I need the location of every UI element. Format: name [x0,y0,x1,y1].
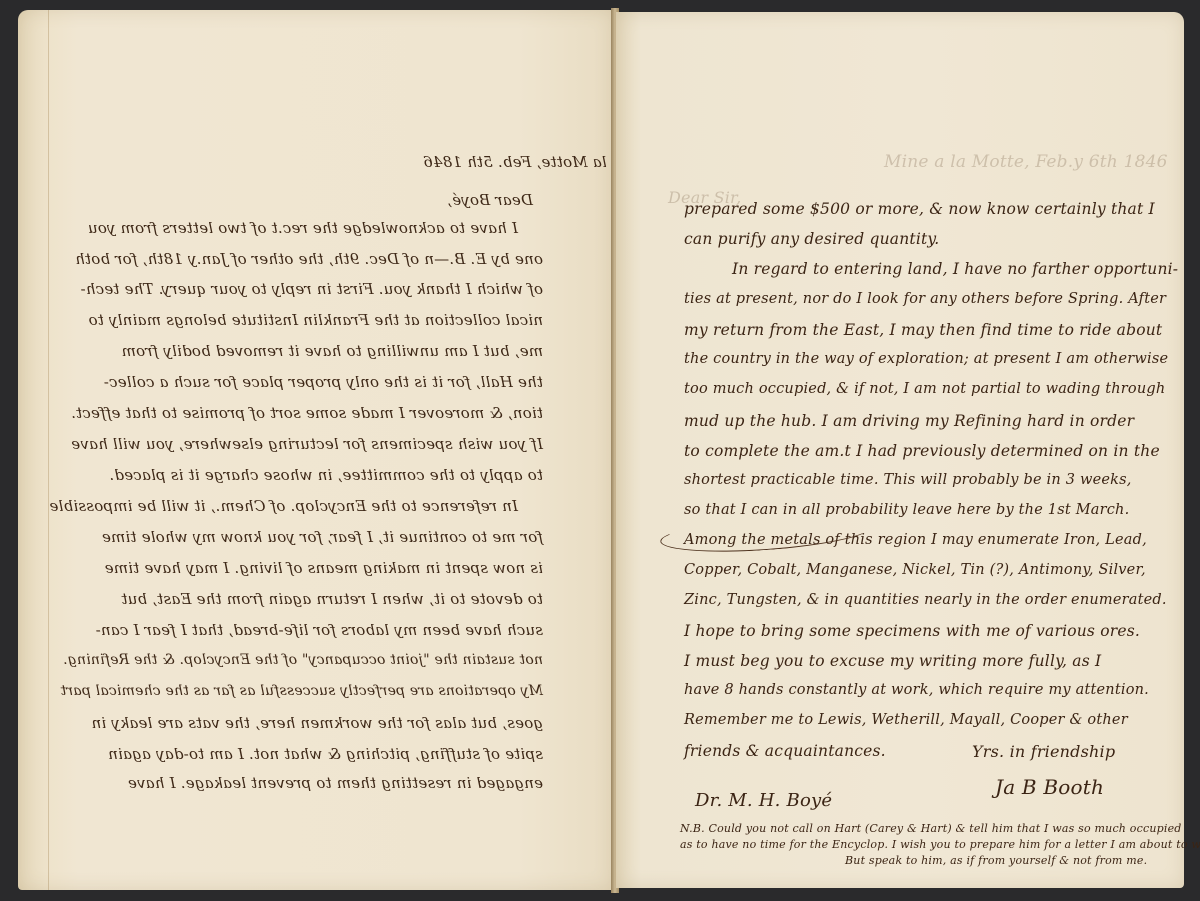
letter-line: can purify any desired quantity. [684,230,939,248]
letter-line: friends & acquaintances. [684,742,886,760]
left-line: My operations are perfectly successful a… [60,683,543,699]
letter-line: mud up the hub. I am driving my Refining… [684,412,1134,430]
postscript-line: as to have no time for the Encyclop. I w… [680,838,1200,851]
left-line: engaged in resetting them to prevent lea… [128,774,543,792]
left-line: to apply to the committee, in whose char… [109,466,543,484]
faint-dateline-bleedthrough: Mine a la Motte, Feb.y 6th 1846 [884,152,1168,172]
mirrored-offset-text: Mine a la Motte, Feb. 5th 1846 Dear Boyé… [18,10,613,890]
left-line: of which I thank you. First in reply to … [80,280,543,298]
left-salutation: Dear Boyé, [447,191,533,209]
letter-line: shortest practicable time. This will pro… [684,472,1132,488]
letter-closing: Yrs. in friendship [972,742,1115,761]
letter-line-metals: Copper, Cobalt, Manganese, Nickel, Tin (… [684,562,1146,578]
left-line: such have been my labors for life-bread,… [95,621,543,639]
letter-line: my return from the East, I may then find… [684,321,1162,339]
letter-line: the country in the way of exploration; a… [684,351,1168,367]
postscript-line: But speak to him, as if from yourself & … [845,854,1147,867]
letter-line: so that I can in all probability leave h… [684,502,1129,518]
left-line: spite of stuffing, pitching & what not. … [108,745,543,763]
postscript-line: N.B. Could you not call on Hart (Carey &… [680,822,1182,835]
left-line: goes, but alas for the workmen here, the… [91,714,543,732]
left-line: In reference to the Encyclop. of Chem., … [49,497,518,515]
addressee: Dr. M. H. Boyé [695,790,832,811]
left-line: tion, & moreover I made some sort of pro… [71,404,543,422]
left-line: me, but I am unwilling to have it remove… [121,342,543,360]
left-line: the Hall, for it is the only proper plac… [104,373,543,391]
signature: Ja B Booth [995,775,1104,799]
left-line: nical collection at the Franklin Institu… [88,311,543,329]
left-line: not sustain the "joint occupancy" of the… [63,652,543,668]
left-line: one by E. B.—n of Dec. 9th, the other of… [75,250,543,268]
letter-line: to complete the am.t I had previously de… [684,442,1160,460]
letter-line: I hope to bring some specimens with me o… [684,622,1140,640]
open-manuscript-volume: Mine a la Motte, Feb. 5th 1846 Dear Boyé… [0,0,1200,901]
left-line: If you wish specimens for lecturing else… [71,435,543,453]
letter-line: too much occupied, & if not, I am not pa… [684,381,1165,397]
letter-line: have 8 hands constantly at work, which r… [684,682,1149,698]
left-page: Mine a la Motte, Feb. 5th 1846 Dear Boyé… [18,10,613,890]
letter-line: ties at present, nor do I look for any o… [684,291,1166,307]
letter-line: In regard to entering land, I have no fa… [732,260,1178,278]
left-line: to devote to it, when I return again fro… [121,590,543,608]
letter-line: prepared some $500 or more, & now know c… [684,200,1155,218]
left-line: I have to acknowledge the rec.t of two l… [88,219,518,237]
letter-line: I must beg you to excuse my writing more… [684,652,1101,670]
left-line: for me to continue it, I fear, for you k… [102,528,543,546]
left-line: is now spent in making means of living. … [105,559,543,577]
letter-line: Zinc, Tungsten, & in quantities nearly i… [684,592,1167,608]
letter-line: Remember me to Lewis, Wetherill, Mayall,… [684,712,1128,728]
